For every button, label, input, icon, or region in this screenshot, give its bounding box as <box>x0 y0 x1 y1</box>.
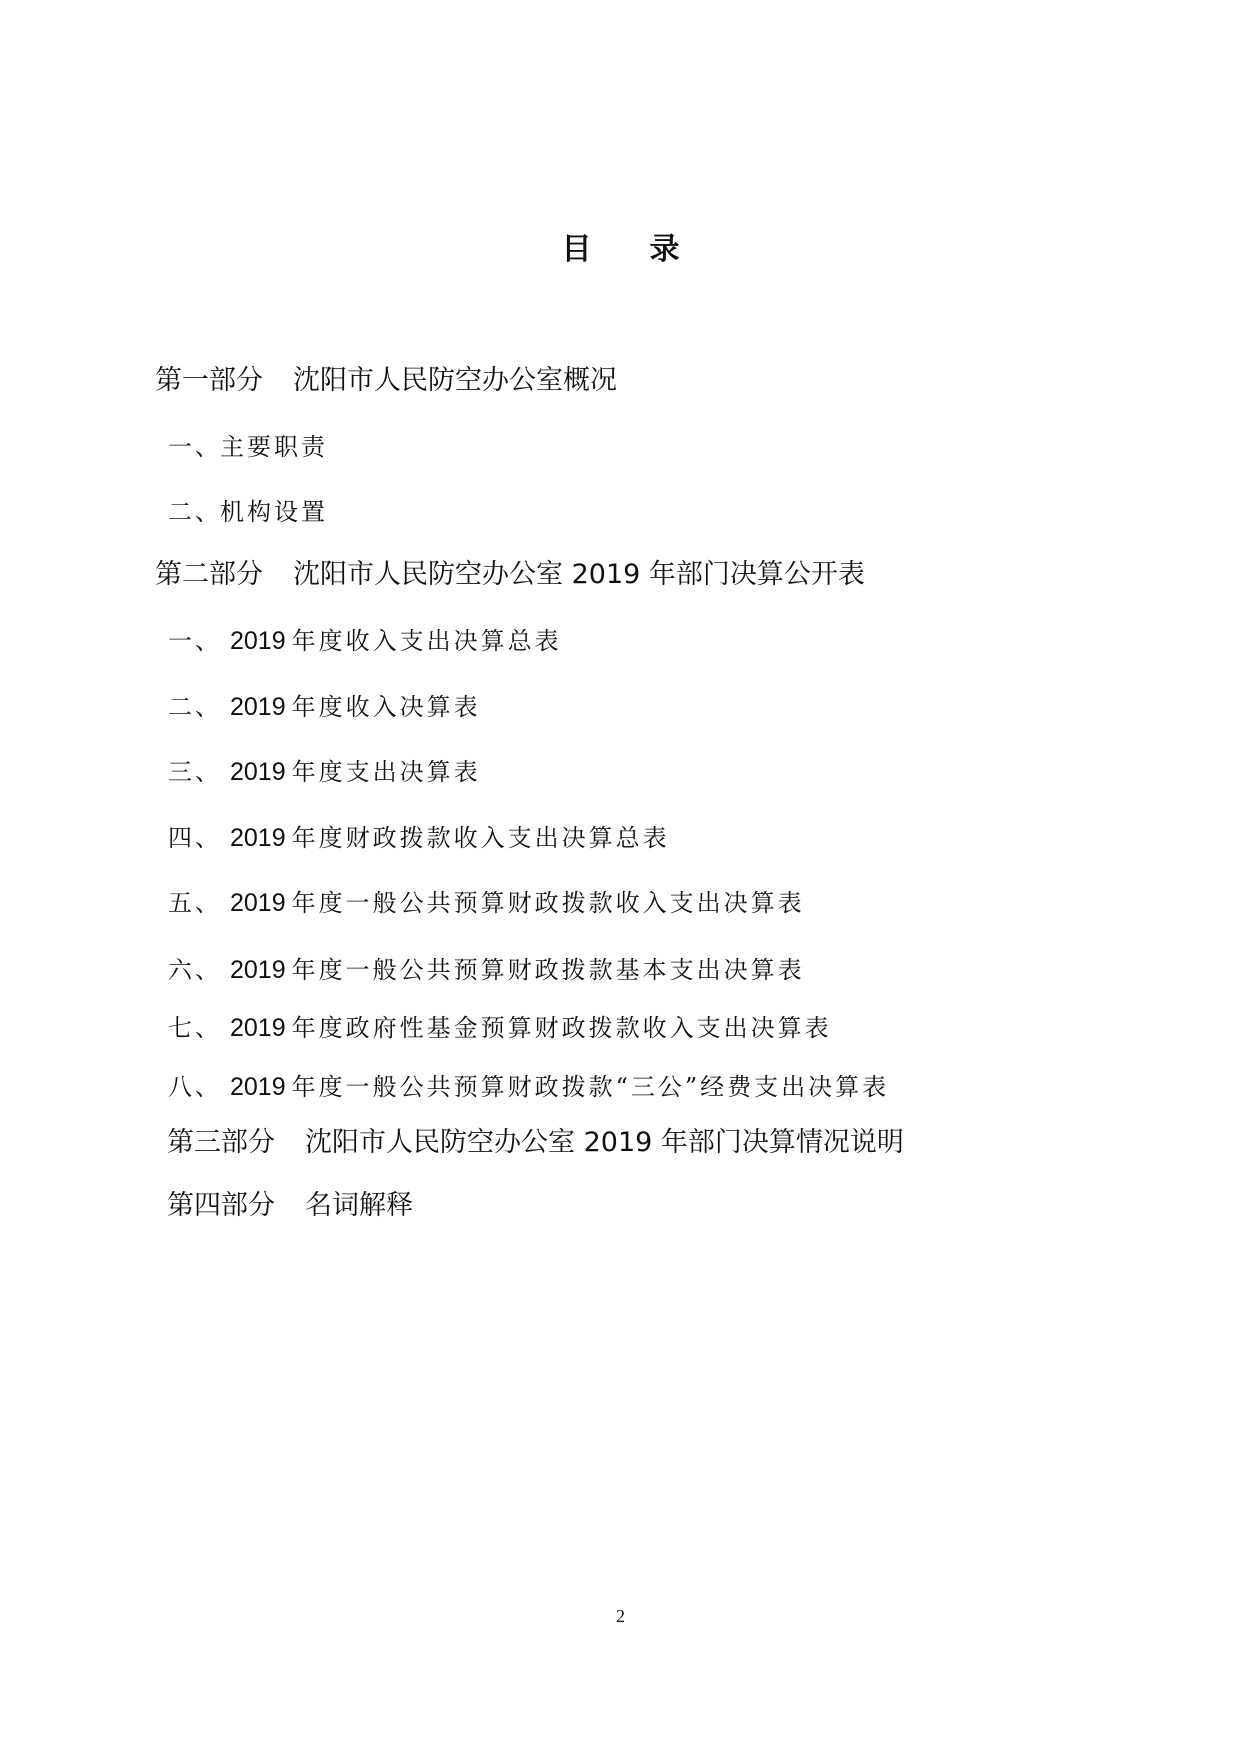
toc-item-2-2[interactable]: 二、2019年度收入决算表 <box>168 690 481 724</box>
toc-item-title: 年度收入支出决算总表 <box>292 627 562 655</box>
document-page: 目录 第一部分沈阳市人民防空办公室概况 一、主要职责 二、机构设置 第二部分沈阳… <box>0 0 1241 1754</box>
toc-item-title: 主要职责 <box>220 433 328 461</box>
toc-part-title: 沈阳市人民防空办公室 2019 年部门决算公开表 <box>293 559 865 590</box>
toc-item-title: 年度一般公共预算财政拨款“三公”经费支出决算表 <box>292 1073 890 1101</box>
toc-item-2-5[interactable]: 五、2019年度一般公共预算财政拨款收入支出决算表 <box>168 886 805 920</box>
toc-item-year: 2019 <box>230 824 286 852</box>
toc-part-4[interactable]: 第四部分名词解释 <box>167 1189 413 1223</box>
toc-item-number: 七、 <box>168 1011 230 1045</box>
toc-item-title: 年度财政拨款收入支出决算总表 <box>292 824 670 852</box>
toc-item-number: 二、 <box>168 690 230 724</box>
toc-item-2-1[interactable]: 一、2019年度收入支出决算总表 <box>168 624 562 658</box>
toc-part-title: 名词解释 <box>305 1190 413 1221</box>
toc-item-2-8[interactable]: 八、2019年度一般公共预算财政拨款“三公”经费支出决算表 <box>168 1070 889 1104</box>
toc-part-label: 第四部分 <box>167 1190 275 1221</box>
toc-item-year: 2019 <box>230 1073 286 1101</box>
toc-part-title: 沈阳市人民防空办公室概况 <box>293 365 617 396</box>
toc-part-1[interactable]: 第一部分沈阳市人民防空办公室概况 <box>155 364 617 398</box>
toc-item-year: 2019 <box>230 889 286 917</box>
toc-item-title: 年度一般公共预算财政拨款基本支出决算表 <box>292 956 805 984</box>
toc-item-title: 机构设置 <box>220 498 328 526</box>
toc-part-title: 沈阳市人民防空办公室 2019 年部门决算情况说明 <box>305 1127 904 1158</box>
toc-part-3[interactable]: 第三部分沈阳市人民防空办公室 2019 年部门决算情况说明 <box>167 1126 904 1160</box>
toc-item-year: 2019 <box>230 758 286 786</box>
toc-item-title: 年度收入决算表 <box>292 693 481 721</box>
toc-part-2[interactable]: 第二部分沈阳市人民防空办公室 2019 年部门决算公开表 <box>155 558 865 592</box>
toc-item-2-3[interactable]: 三、2019年度支出决算表 <box>168 755 481 789</box>
toc-item-2-6[interactable]: 六、2019年度一般公共预算财政拨款基本支出决算表 <box>168 953 805 987</box>
toc-item-number: 三、 <box>168 755 230 789</box>
toc-item-title: 年度政府性基金预算财政拨款收入支出决算表 <box>292 1014 832 1042</box>
toc-item-2-7[interactable]: 七、2019年度政府性基金预算财政拨款收入支出决算表 <box>168 1011 832 1045</box>
toc-item-title: 年度一般公共预算财政拨款收入支出决算表 <box>292 889 805 917</box>
toc-item-1-2[interactable]: 二、机构设置 <box>168 495 328 529</box>
toc-item-year: 2019 <box>230 1014 286 1042</box>
toc-item-number: 四、 <box>168 821 230 855</box>
toc-item-number: 二、 <box>168 495 220 529</box>
page-number: 2 <box>0 1606 1241 1627</box>
toc-item-2-4[interactable]: 四、2019年度财政拨款收入支出决算总表 <box>168 821 670 855</box>
toc-part-label: 第三部分 <box>167 1127 275 1158</box>
toc-item-number: 五、 <box>168 886 230 920</box>
toc-item-year: 2019 <box>230 693 286 721</box>
toc-item-title: 年度支出决算表 <box>292 758 481 786</box>
toc-item-1-1[interactable]: 一、主要职责 <box>168 430 328 464</box>
toc-item-year: 2019 <box>230 956 286 984</box>
toc-item-year: 2019 <box>230 627 286 655</box>
toc-item-number: 六、 <box>168 953 230 987</box>
toc-part-label: 第二部分 <box>155 559 263 590</box>
page-title: 目录 <box>0 232 1241 268</box>
toc-item-number: 一、 <box>168 624 230 658</box>
toc-item-number: 一、 <box>168 430 220 464</box>
toc-part-label: 第一部分 <box>155 365 263 396</box>
toc-item-number: 八、 <box>168 1070 230 1104</box>
